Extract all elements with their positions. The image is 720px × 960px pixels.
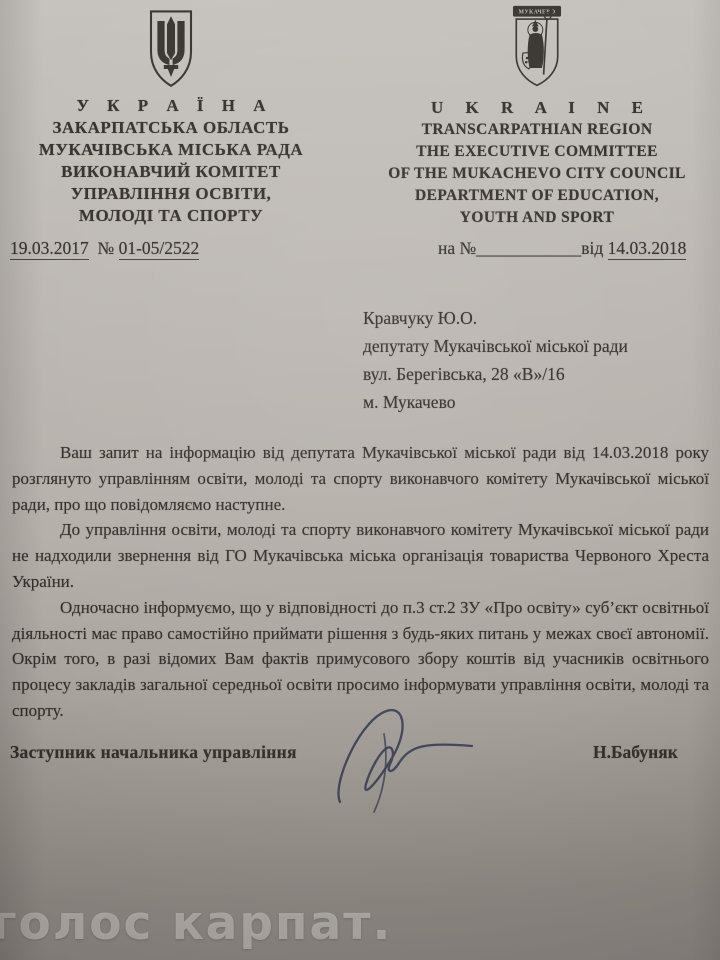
outgoing-number: 01-05/2522: [119, 238, 200, 260]
letterhead-line: МУКАЧІВСЬКА МІСЬКА РАДА: [8, 139, 334, 161]
watermark-logo: голос карпат.: [0, 896, 392, 951]
outgoing-reference: 19.03.2017 № 01-05/2522: [10, 238, 199, 259]
reply-prefix: на №: [438, 238, 476, 258]
letterhead-line: TRANSCARPATHIAN REGION: [362, 119, 712, 141]
recipient-title: депутату Мукачівської міської ради: [363, 332, 628, 360]
letterhead-line: OF THE MUKACHEVO CITY COUNCIL: [362, 163, 712, 185]
letterhead-line: ЗАКАРПАТСЬКА ОБЛАСТЬ: [8, 117, 334, 139]
ukraine-trident-emblem: [139, 8, 203, 90]
recipient-name: Кравчуку Ю.О.: [363, 304, 628, 332]
signatory-name: Н.Бабуняк: [593, 742, 678, 763]
recipient-block: Кравчуку Ю.О. депутату Мукачівської місь…: [363, 304, 628, 416]
country-name-en: U K R A I N E: [362, 98, 712, 118]
signatory-position: Заступник начальника управління: [10, 742, 297, 763]
letterhead-line: THE EXECUTIVE COMMITTEE: [362, 141, 712, 163]
letterhead-line: ВИКОНАВЧИЙ КОМІТЕТ: [8, 161, 334, 183]
reply-number-blank: ____________: [476, 238, 581, 258]
outgoing-date: 19.03.2017: [10, 238, 89, 260]
reply-word: від: [581, 238, 603, 258]
handwritten-signature: [312, 700, 482, 823]
letterhead-line: YOUTH AND SPORT: [362, 207, 712, 229]
body-paragraph-1: Ваш запит на інформацію від депутата Мук…: [12, 440, 709, 517]
body-paragraph-2: До управління освіти, молоді та спорту в…: [12, 517, 709, 594]
document-photo: У К Р А Ї Н А ЗАКАРПАТСЬКА ОБЛАСТЬ МУКАЧ…: [0, 0, 720, 960]
reply-reference: на №____________від 14.03.2018: [438, 238, 686, 259]
letterhead-ukrainian: У К Р А Ї Н А ЗАКАРПАТСЬКА ОБЛАСТЬ МУКАЧ…: [8, 8, 334, 227]
letterhead-line: МОЛОДІ ТА СПОРТУ: [8, 205, 334, 227]
country-name-uk: У К Р А Ї Н А: [8, 96, 334, 116]
number-sign: №: [98, 238, 115, 258]
letter-body: Ваш запит на інформацію від депутата Мук…: [12, 440, 709, 724]
reply-date: 14.03.2018: [608, 238, 687, 260]
recipient-street: вул. Берегівська, 28 «В»/16: [363, 360, 628, 388]
recipient-city: м. Мукачево: [363, 388, 628, 416]
letterhead-line: DEPARTMENT OF EDUCATION,: [362, 185, 712, 207]
mukachevo-city-emblem: МУКАЧЕВО: [508, 5, 566, 92]
letterhead-english: МУКАЧЕВО U K R A I N E TRANSCARPATHIAN R…: [362, 5, 712, 229]
letterhead-line: УПРАВЛІННЯ ОСВІТИ,: [8, 183, 334, 205]
